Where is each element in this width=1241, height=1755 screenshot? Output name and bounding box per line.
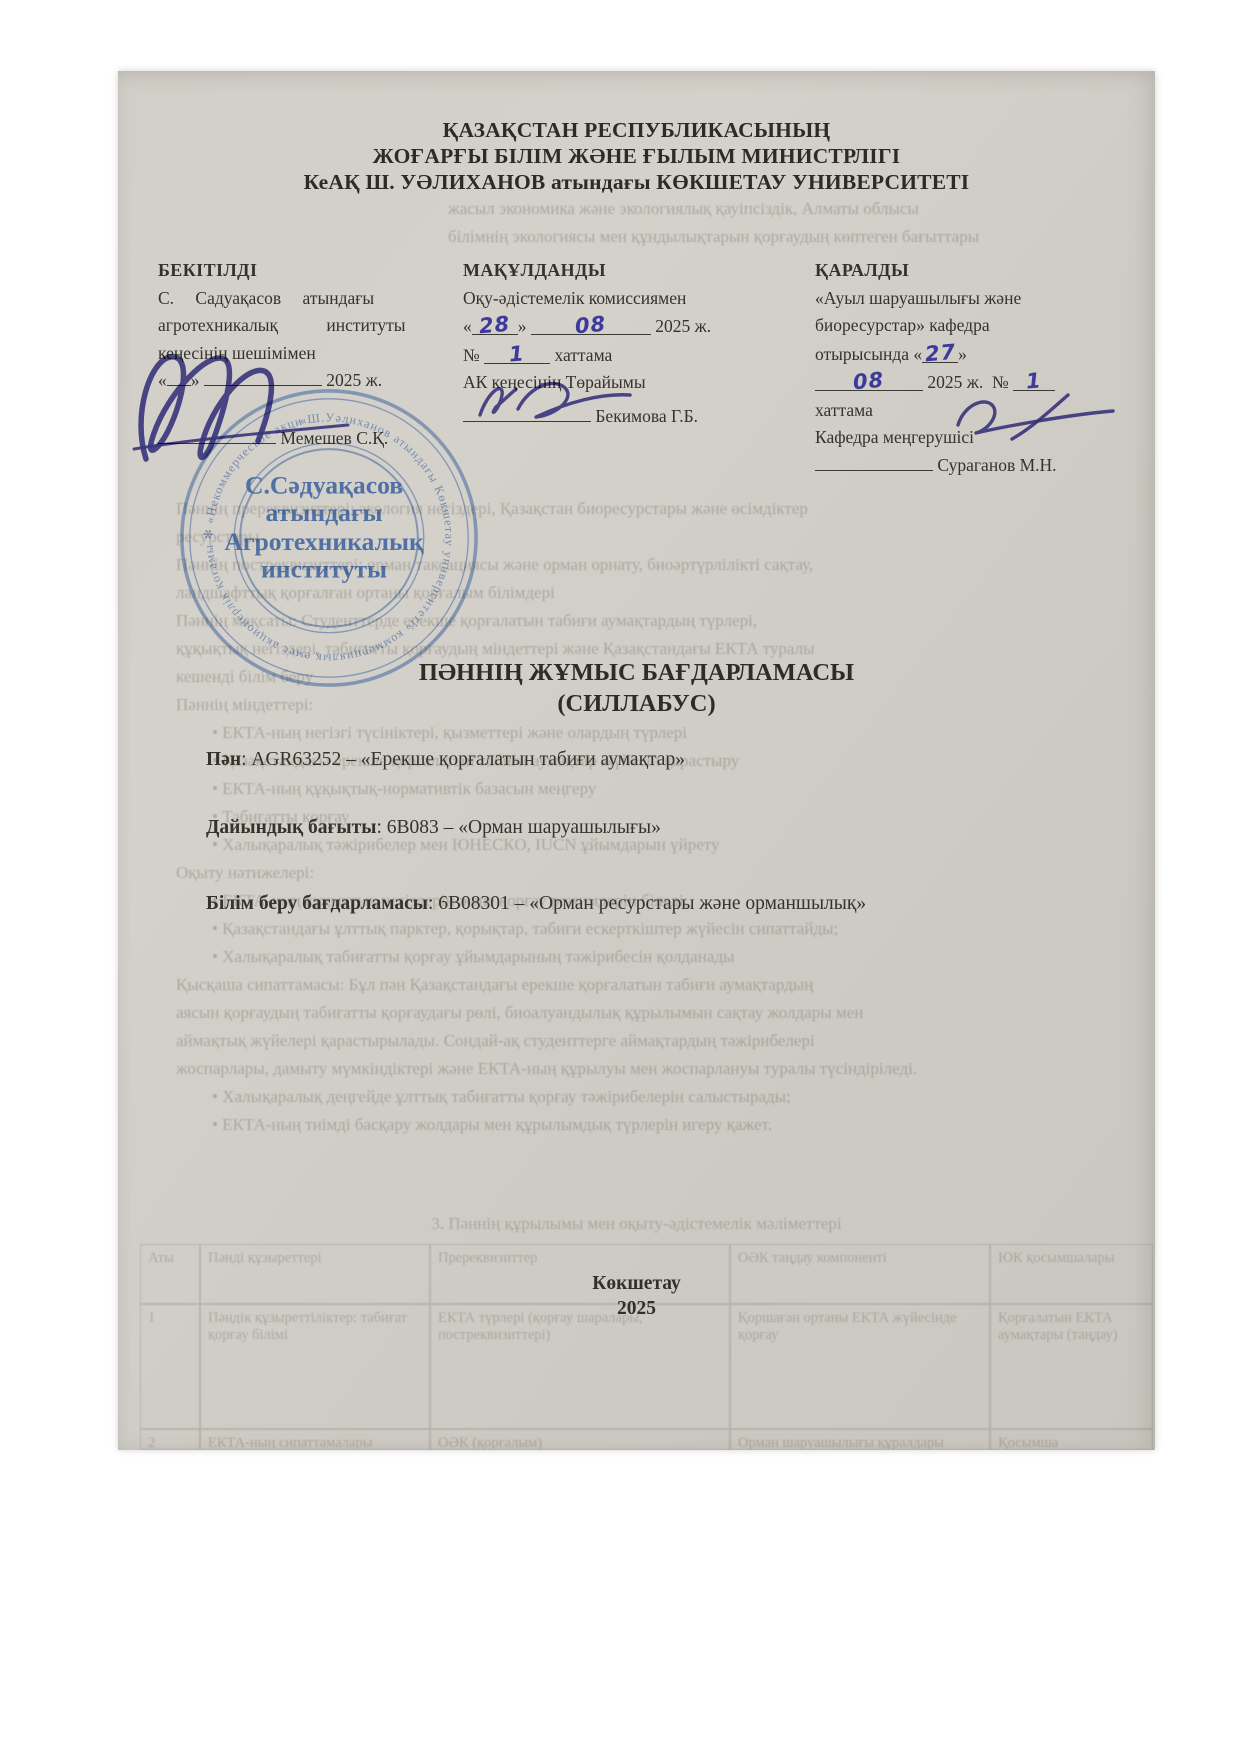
protocol-number-field: 1 (484, 341, 550, 364)
ministry-header-line3: КеАҚ Ш. УӘЛИХАНОВ атындағы КӨКШЕТАУ УНИВ… (118, 169, 1155, 195)
bleedthrough-section-heading: 3. Пәннің құрылымы мен оқыту-әдістемелік… (118, 1214, 1155, 1234)
month-field: 08 (531, 312, 651, 335)
bleedthrough-table-cell: Орман шаруашылығы құралдары (730, 1429, 990, 1450)
bleedthrough-line: Қысқаша сипаттамасы: Бұл пән Қазақстанда… (176, 975, 1102, 995)
approval-text-line: «Ауыл шаруашылығы және (815, 285, 1120, 313)
handwritten-day: 27 (923, 338, 957, 368)
bleedthrough-line: • Халықаралық табиғатты қорғау ұйымдарын… (176, 947, 1138, 967)
bleedthrough-line: жасыл экономика және экологиялық қауіпсі… (448, 199, 1103, 219)
scanned-syllabus-screenshot: жасыл экономика және экологиялық қауіпсі… (0, 0, 1241, 1755)
month-field: 08 (815, 368, 923, 391)
subject-line: Пән: AGR63252 – «Ерекше қорғалатын табиғ… (206, 749, 1106, 771)
approval-text-line: Оқу-әдістемелік комиссиямен (463, 285, 765, 313)
approval-protocol-line: № 1 хаттама (463, 341, 765, 370)
signature-line (815, 453, 933, 471)
bleedthrough-table-cell: 2 (140, 1429, 200, 1450)
stamp-center-line: атындағы (266, 498, 383, 527)
bleedthrough-table-cell: ЕКТА-ның сипаттамалары (200, 1429, 430, 1450)
bleedthrough-table-cell: Қоршаған ортаны ЕКТА жүйесінде қорғау (730, 1304, 990, 1429)
bleedthrough-line: жоспарлары, дамыту мүмкіндіктері және ЕК… (176, 1059, 1102, 1079)
bleedthrough-line: • Қазақстандағы ұлттық парктер, қорықтар… (176, 919, 1138, 939)
approval-date-line: «28» 08 2025 ж. (463, 312, 765, 341)
track-value: : 6В083 – «Орман шаруашылығы» (376, 817, 660, 838)
bleedthrough-table-cell: ЕКТА түрлері (қорғау шаралары, пострекви… (430, 1304, 730, 1429)
bleedthrough-line: • ЕКТА-ның негізгі түсініктері, қызметте… (176, 723, 1138, 743)
bleedthrough-line: білімнің экологиясы мен құндылықтарын қо… (448, 227, 1103, 247)
approval-heading: ҚАРАЛДЫ (815, 257, 1120, 285)
ministry-header: ҚАЗАҚСТАН РЕСПУБЛИКАСЫНЫҢ ЖОҒАРҒЫ БІЛІМ … (118, 117, 1155, 195)
meeting-date-prefix: отырысында « (815, 344, 922, 364)
bleedthrough-table-cell: Қорғалатын ЕКТА аумақтары (таңдау) (990, 1304, 1153, 1429)
ministry-header-line1: ҚАЗАҚСТАН РЕСПУБЛИКАСЫНЫҢ (118, 117, 1155, 143)
day-field: 27 (922, 340, 958, 363)
day-field: 28 (472, 312, 518, 335)
subject-value: : AGR63252 – «Ерекше қорғалатын табиғи а… (241, 749, 685, 770)
bleedthrough-line: аймақтық жүйелері қарастырылады. Сондай-… (176, 1031, 1102, 1051)
bleedthrough-line: Оқыту нәтижелері: (176, 863, 1102, 883)
subject-label: Пән (206, 749, 241, 770)
director-signature-icon (124, 337, 356, 489)
document-title-line2: (СИЛЛАБУС) (118, 688, 1155, 719)
bleedthrough-table-cell: Қосымша (990, 1429, 1153, 1450)
ministry-header-line2: ЖОҒАРҒЫ БІЛІМ ЖӘНЕ ҒЫЛЫМ МИНИСТРЛІГІ (118, 143, 1155, 169)
city-year-block: Көкшетау 2025 (118, 1271, 1155, 1321)
protocol-word: хаттама (554, 345, 612, 365)
approval-text-line: агротехникалық институты (158, 312, 432, 340)
publication-year: 2025 (118, 1296, 1155, 1321)
city-name: Көкшетау (118, 1271, 1155, 1296)
approval-text-line: биоресурстар» кафедра (815, 312, 1120, 340)
program-value: : 6В08301 – «Орман ресурстары және орман… (428, 893, 866, 914)
handwritten-month: 08 (852, 367, 886, 397)
bleedthrough-table-cell: 1 (140, 1304, 200, 1429)
approval-heading: МАҚҰЛДАНДЫ (463, 257, 765, 285)
stamp-center-line: институты (261, 554, 387, 583)
bleedthrough-line: • ЕКТА-ның тиімді басқару жолдары мен құ… (176, 1115, 1138, 1135)
year-text: 2025 ж. (655, 316, 711, 336)
quote-close: » (958, 344, 967, 364)
bleedthrough-line: • ЕКТА-ның құқықтық-нормативтік базасын … (176, 779, 1138, 799)
bleedthrough-table-cell: ОӘК (қорғалым) (430, 1429, 730, 1450)
document-title: ПӘННІҢ ЖҰМЫС БАҒДАРЛАМАСЫ (СИЛЛАБУС) (118, 657, 1155, 719)
handwritten-protocol-number: 1 (508, 340, 526, 369)
approval-heading: БЕКІТІЛДІ (158, 257, 432, 285)
bleedthrough-line: аясын қорғаудың табиғатты қорғаудағы рөл… (176, 1003, 1102, 1023)
handwritten-day: 28 (478, 311, 512, 341)
head-of-department-signature-icon (946, 385, 1123, 447)
bleedthrough-table-cell: Пәндік құзыреттіліктер: табиғат қорғау б… (200, 1304, 430, 1429)
approval-signature-line: Сураганов М.Н. (815, 452, 1120, 480)
approval-text-line: С. Садуақасов атындағы (158, 285, 432, 313)
program-line: Білім беру бағдарламасы: 6В08301 – «Орма… (206, 893, 1106, 915)
protocol-number-label: № (463, 345, 480, 365)
stamp-center-line: Агротехникалық (224, 527, 424, 556)
bleedthrough-line: • Халықаралық деңгейде ұлттық табиғатты … (176, 1087, 1138, 1107)
quote-close: » (518, 316, 527, 336)
approval-date-line: отырысында «27» (815, 340, 1120, 369)
program-label: Білім беру бағдарламасы (206, 893, 428, 914)
quote-open: « (463, 316, 472, 336)
document-page: жасыл экономика және экологиялық қауіпсі… (118, 71, 1155, 1450)
handwritten-month: 08 (574, 311, 608, 341)
chair-signature-icon (470, 369, 642, 431)
track-label: Дайындық бағыты (206, 817, 376, 838)
signer-name: Сураганов М.Н. (937, 455, 1056, 475)
track-line: Дайындық бағыты: 6В083 – «Орман шаруашыл… (206, 817, 1106, 839)
document-title-line1: ПӘННІҢ ЖҰМЫС БАҒДАРЛАМАСЫ (118, 657, 1155, 688)
